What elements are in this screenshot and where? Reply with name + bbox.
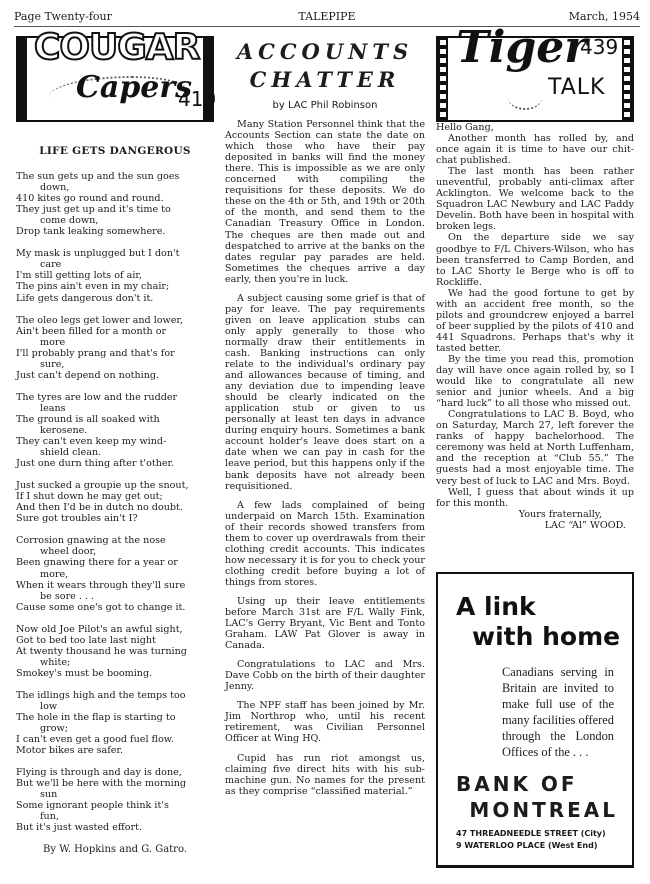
poem-line: The sun gets up and the sun goesdown, — [16, 171, 214, 193]
poem-line: Just one durn thing after t'other. — [16, 458, 214, 469]
bank-name-line2: MONTREAL — [438, 798, 632, 822]
logo-word-capers: Capers — [76, 82, 192, 93]
poem-stanza: My mask is unplugged but I don'tcareI'm … — [16, 248, 214, 303]
poem-title: LIFE GETS DANGEROUS — [16, 146, 214, 157]
poem-line: My mask is unplugged but I don'tcare — [16, 248, 214, 270]
border-decoration-right — [622, 38, 632, 120]
poem-line: If I shut down he may get out; — [16, 491, 214, 502]
poem-line: They can't even keep my wind-shield clea… — [16, 436, 214, 458]
poem-line: Cause some one's got to change it. — [16, 602, 214, 613]
cougar-capers-column: COUGAR Capers 410 LIFE GETS DANGEROUS Th… — [16, 36, 214, 856]
article-title: ACCOUNTS CHATTER — [225, 38, 425, 94]
logo-word-tiger: Tiger — [456, 42, 587, 53]
greeting: Hello Gang, — [436, 122, 634, 133]
accounts-chatter-column: ACCOUNTS CHATTER by LAC Phil Robinson Ma… — [225, 36, 425, 805]
poem-stanza: Now old Joe Pilot's an awful sight,Got t… — [16, 624, 214, 679]
ad-body: Canadians serving in Britain are invited… — [438, 652, 632, 760]
poem-line: When it wears through they'll surebe sor… — [16, 580, 214, 602]
poem-line: Drop tank leaking somewhere. — [16, 226, 214, 237]
signature: LAC “Al” WOOD. — [436, 520, 634, 531]
poem-stanza: The oleo legs get lower and lower,Ain't … — [16, 315, 214, 381]
poem-line: I'll probably prang and that's forsure, — [16, 348, 214, 370]
article-paragraph: Cupid has run riot amongst us, claiming … — [225, 753, 425, 797]
article-title-line1: ACCOUNTS — [225, 38, 425, 66]
article-paragraph: The NPF staff has been joined by Mr. Jim… — [225, 700, 425, 744]
article-paragraph: We had the good fortune to get by with a… — [436, 288, 634, 354]
poem-stanza: The idlings high and the temps toolowThe… — [16, 690, 214, 756]
poem-line: The ground is all soaked withkerosene. — [16, 414, 214, 436]
article-paragraph: The last month has been rather uneventfu… — [436, 166, 634, 232]
poem-stanza: Just sucked a groupie up the snout,If I … — [16, 480, 214, 524]
poem-body: The sun gets up and the sun goesdown,410… — [16, 171, 214, 833]
cougar-capers-logo: COUGAR Capers 410 — [16, 36, 214, 122]
article-paragraph: A subject causing some grief is that of … — [225, 293, 425, 492]
poem-stanza: The tyres are low and the rudderleansThe… — [16, 392, 214, 469]
poem-line: Just can't depend on nothing. — [16, 370, 214, 381]
poem-line: Some ignorant people think it'sfun, — [16, 800, 214, 822]
poem-line: But it's just wasted effort. — [16, 822, 214, 833]
poem-line: I can't even get a good fuel flow. — [16, 734, 214, 745]
poem-line: Ain't been filled for a month ormore — [16, 326, 214, 348]
poem-line: Got to bed too late last night — [16, 635, 214, 646]
poem-line: The hole in the flap is starting togrow; — [16, 712, 214, 734]
poem-line: The oleo legs get lower and lower, — [16, 315, 214, 326]
logo-word-talk: TALK — [548, 82, 605, 93]
poem-line: Motor bikes are safer. — [16, 745, 214, 756]
poem-line: At twenty thousand he was turningwhite; — [16, 646, 214, 668]
article-paragraph: Congratulations to LAC B. Boyd, who on S… — [436, 409, 634, 486]
poem-line: The pins ain't even in my chair; — [16, 281, 214, 292]
squadron-number: 410 — [178, 94, 216, 105]
ad-headline-line1: A link — [456, 592, 536, 621]
border-decoration-left — [438, 38, 448, 120]
bank-name-line1: BANK OF — [438, 760, 632, 796]
bank-address-west-end: 9 WATERLOO PLACE (West End) — [456, 840, 632, 852]
article-paragraph: Congratulations to LAC and Mrs. Dave Cob… — [225, 659, 425, 692]
poem-line: The idlings high and the temps toolow — [16, 690, 214, 712]
poem-line: Flying is through and day is done, — [16, 767, 214, 778]
ad-headline-line2: with home — [456, 622, 632, 652]
poem-line: 410 kites go round and round. — [16, 193, 214, 204]
squadron-number: 439 — [580, 42, 618, 53]
border-decoration-left — [18, 38, 27, 120]
poem-line: Corrosion gnawing at the nosewheel door, — [16, 535, 214, 557]
article-paragraph: Many Station Personnel think that the Ac… — [225, 119, 425, 285]
poem-line: And then I'd be in dutch no doubt. — [16, 502, 214, 513]
tiger-talk-column: Tiger 439 TALK Hello Gang, Another month… — [436, 36, 634, 531]
tiger-talk-logo: Tiger 439 TALK — [436, 36, 634, 122]
poem-line: Now old Joe Pilot's an awful sight, — [16, 624, 214, 635]
article-paragraph: Using up their leave entitlements before… — [225, 596, 425, 651]
poem-line: They just get up and it's time tocome do… — [16, 204, 214, 226]
poem-line: But we'll be here with the morningsun — [16, 778, 214, 800]
poem-line: Sure got troubles ain't I? — [16, 513, 214, 524]
poem-line: The tyres are low and the rudderleans — [16, 392, 214, 414]
article-byline: by LAC Phil Robinson — [225, 100, 425, 111]
tiger-talk-body: Hello Gang, Another month has rolled by,… — [436, 122, 634, 531]
article-paragraph: Well, I guess that about winds it up for… — [436, 487, 634, 509]
logo-word-cougar: COUGAR — [34, 42, 199, 53]
article-paragraph: A few lads complained of being underpaid… — [225, 500, 425, 588]
poem-line: Been gnawing there for a year ormore, — [16, 557, 214, 579]
poem-stanza: The sun gets up and the sun goesdown,410… — [16, 171, 214, 237]
signoff: Yours fraternally, — [436, 509, 634, 520]
article-paragraph: By the time you read this, promotion day… — [436, 354, 634, 409]
poem-stanza: Corrosion gnawing at the nosewheel door,… — [16, 535, 214, 612]
bank-of-montreal-advertisement: A link with home Canadians serving in Br… — [436, 572, 634, 868]
article-paragraph: On the departure side we say goodbye to … — [436, 232, 634, 287]
poem-byline: By W. Hopkins and G. Gatro. — [16, 844, 214, 855]
bank-address-city: 47 THREADNEEDLE STREET (City) — [456, 828, 632, 840]
poem-line: I'm still getting lots of air, — [16, 270, 214, 281]
article-paragraph: Another month has rolled by, and once ag… — [436, 133, 634, 166]
tiger-illustration-icon — [508, 86, 542, 110]
article-title-line2: CHATTER — [225, 66, 425, 94]
ad-headline: A link with home — [438, 574, 632, 652]
poem-line: Just sucked a groupie up the snout, — [16, 480, 214, 491]
poem-line: Life gets dangerous don't it. — [16, 293, 214, 304]
poem-stanza: Flying is through and day is done,But we… — [16, 767, 214, 833]
poem-line: Smokey's must be booming. — [16, 668, 214, 679]
bank-addresses: 47 THREADNEEDLE STREET (City) 9 WATERLOO… — [438, 828, 632, 852]
